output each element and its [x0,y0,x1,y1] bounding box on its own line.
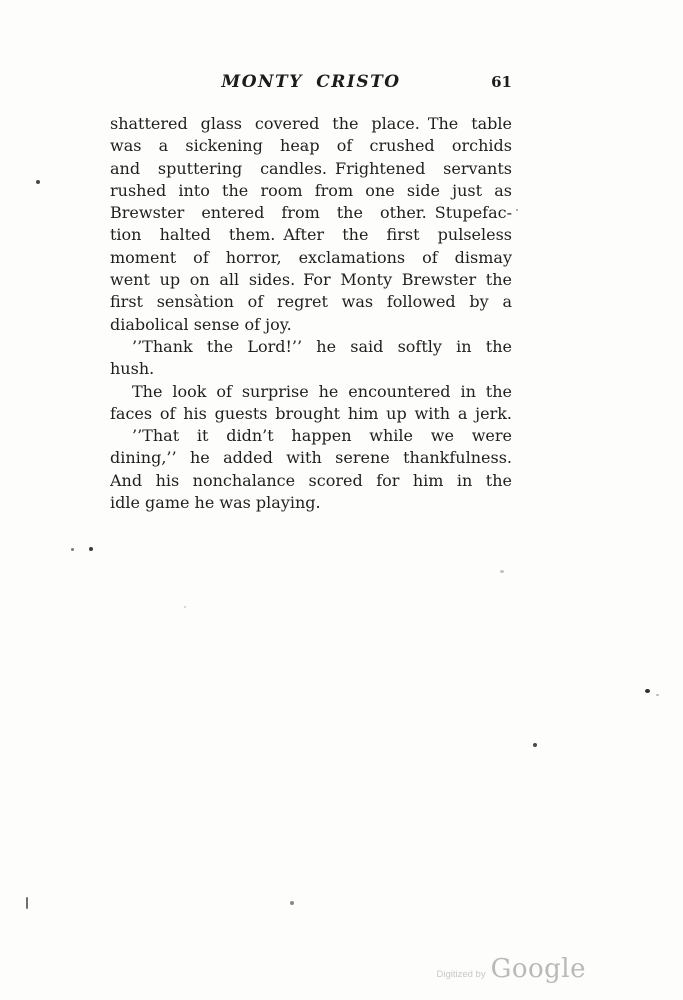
text-line: dining,’’ he added with serene thankfuln… [110,447,512,469]
text-line: was a sickening heap of crushed orchids [110,135,512,157]
ink-speck [36,180,40,184]
text-line: and sputtering candles. Frightened serva… [110,158,512,180]
ink-speck [645,689,650,693]
text-line: shattered glass covered the place. The t… [110,113,512,135]
ink-speck [290,901,294,905]
ink-speck [305,146,308,149]
text-line: rushed into the room from one side just … [110,180,512,202]
text-line: hush. [110,358,512,380]
text-line: faces of his guests brought him up with … [110,403,512,425]
ink-speck [89,547,93,551]
google-logo: Google [491,954,586,984]
page-number: 61 [491,73,512,91]
page-title: MONTY CRISTO [221,72,400,92]
ink-speck [516,209,518,211]
text-line: ’’Thank the Lord!’’ he said softly in th… [110,336,512,358]
scanned-book-page: MONTY CRISTO 61 shattered glass covered … [0,0,683,1000]
text-line: And his nonchalance scored for him in th… [110,470,512,492]
ink-speck [656,694,659,696]
digitized-by-google-watermark: Digitized by Google [436,954,586,984]
running-header: MONTY CRISTO 61 [110,72,512,96]
text-line: tion halted them. After the first pulsel… [110,224,512,246]
ink-speck [71,548,74,551]
text-line: diabolical sense of joy. [110,314,512,336]
ink-speck [500,570,504,573]
ink-speck [184,606,186,608]
text-line: The look of surprise he encountered in t… [110,381,512,403]
text-line: moment of horror, exclamations of dismay [110,247,512,269]
text-line: first sensàtion of regret was followed b… [110,291,512,313]
text-line: Brewster entered from the other. Stupefa… [110,202,512,224]
ink-speck [533,743,537,747]
text-line: ’’That it didn’t happen while we were [110,425,512,447]
text-line: idle game he was playing. [110,492,512,514]
ink-speck [26,897,28,909]
body-text: shattered glass covered the place. The t… [110,113,512,514]
watermark-prefix-label: Digitized by [436,969,485,980]
text-line: went up on all sides. For Monty Brewster… [110,269,512,291]
